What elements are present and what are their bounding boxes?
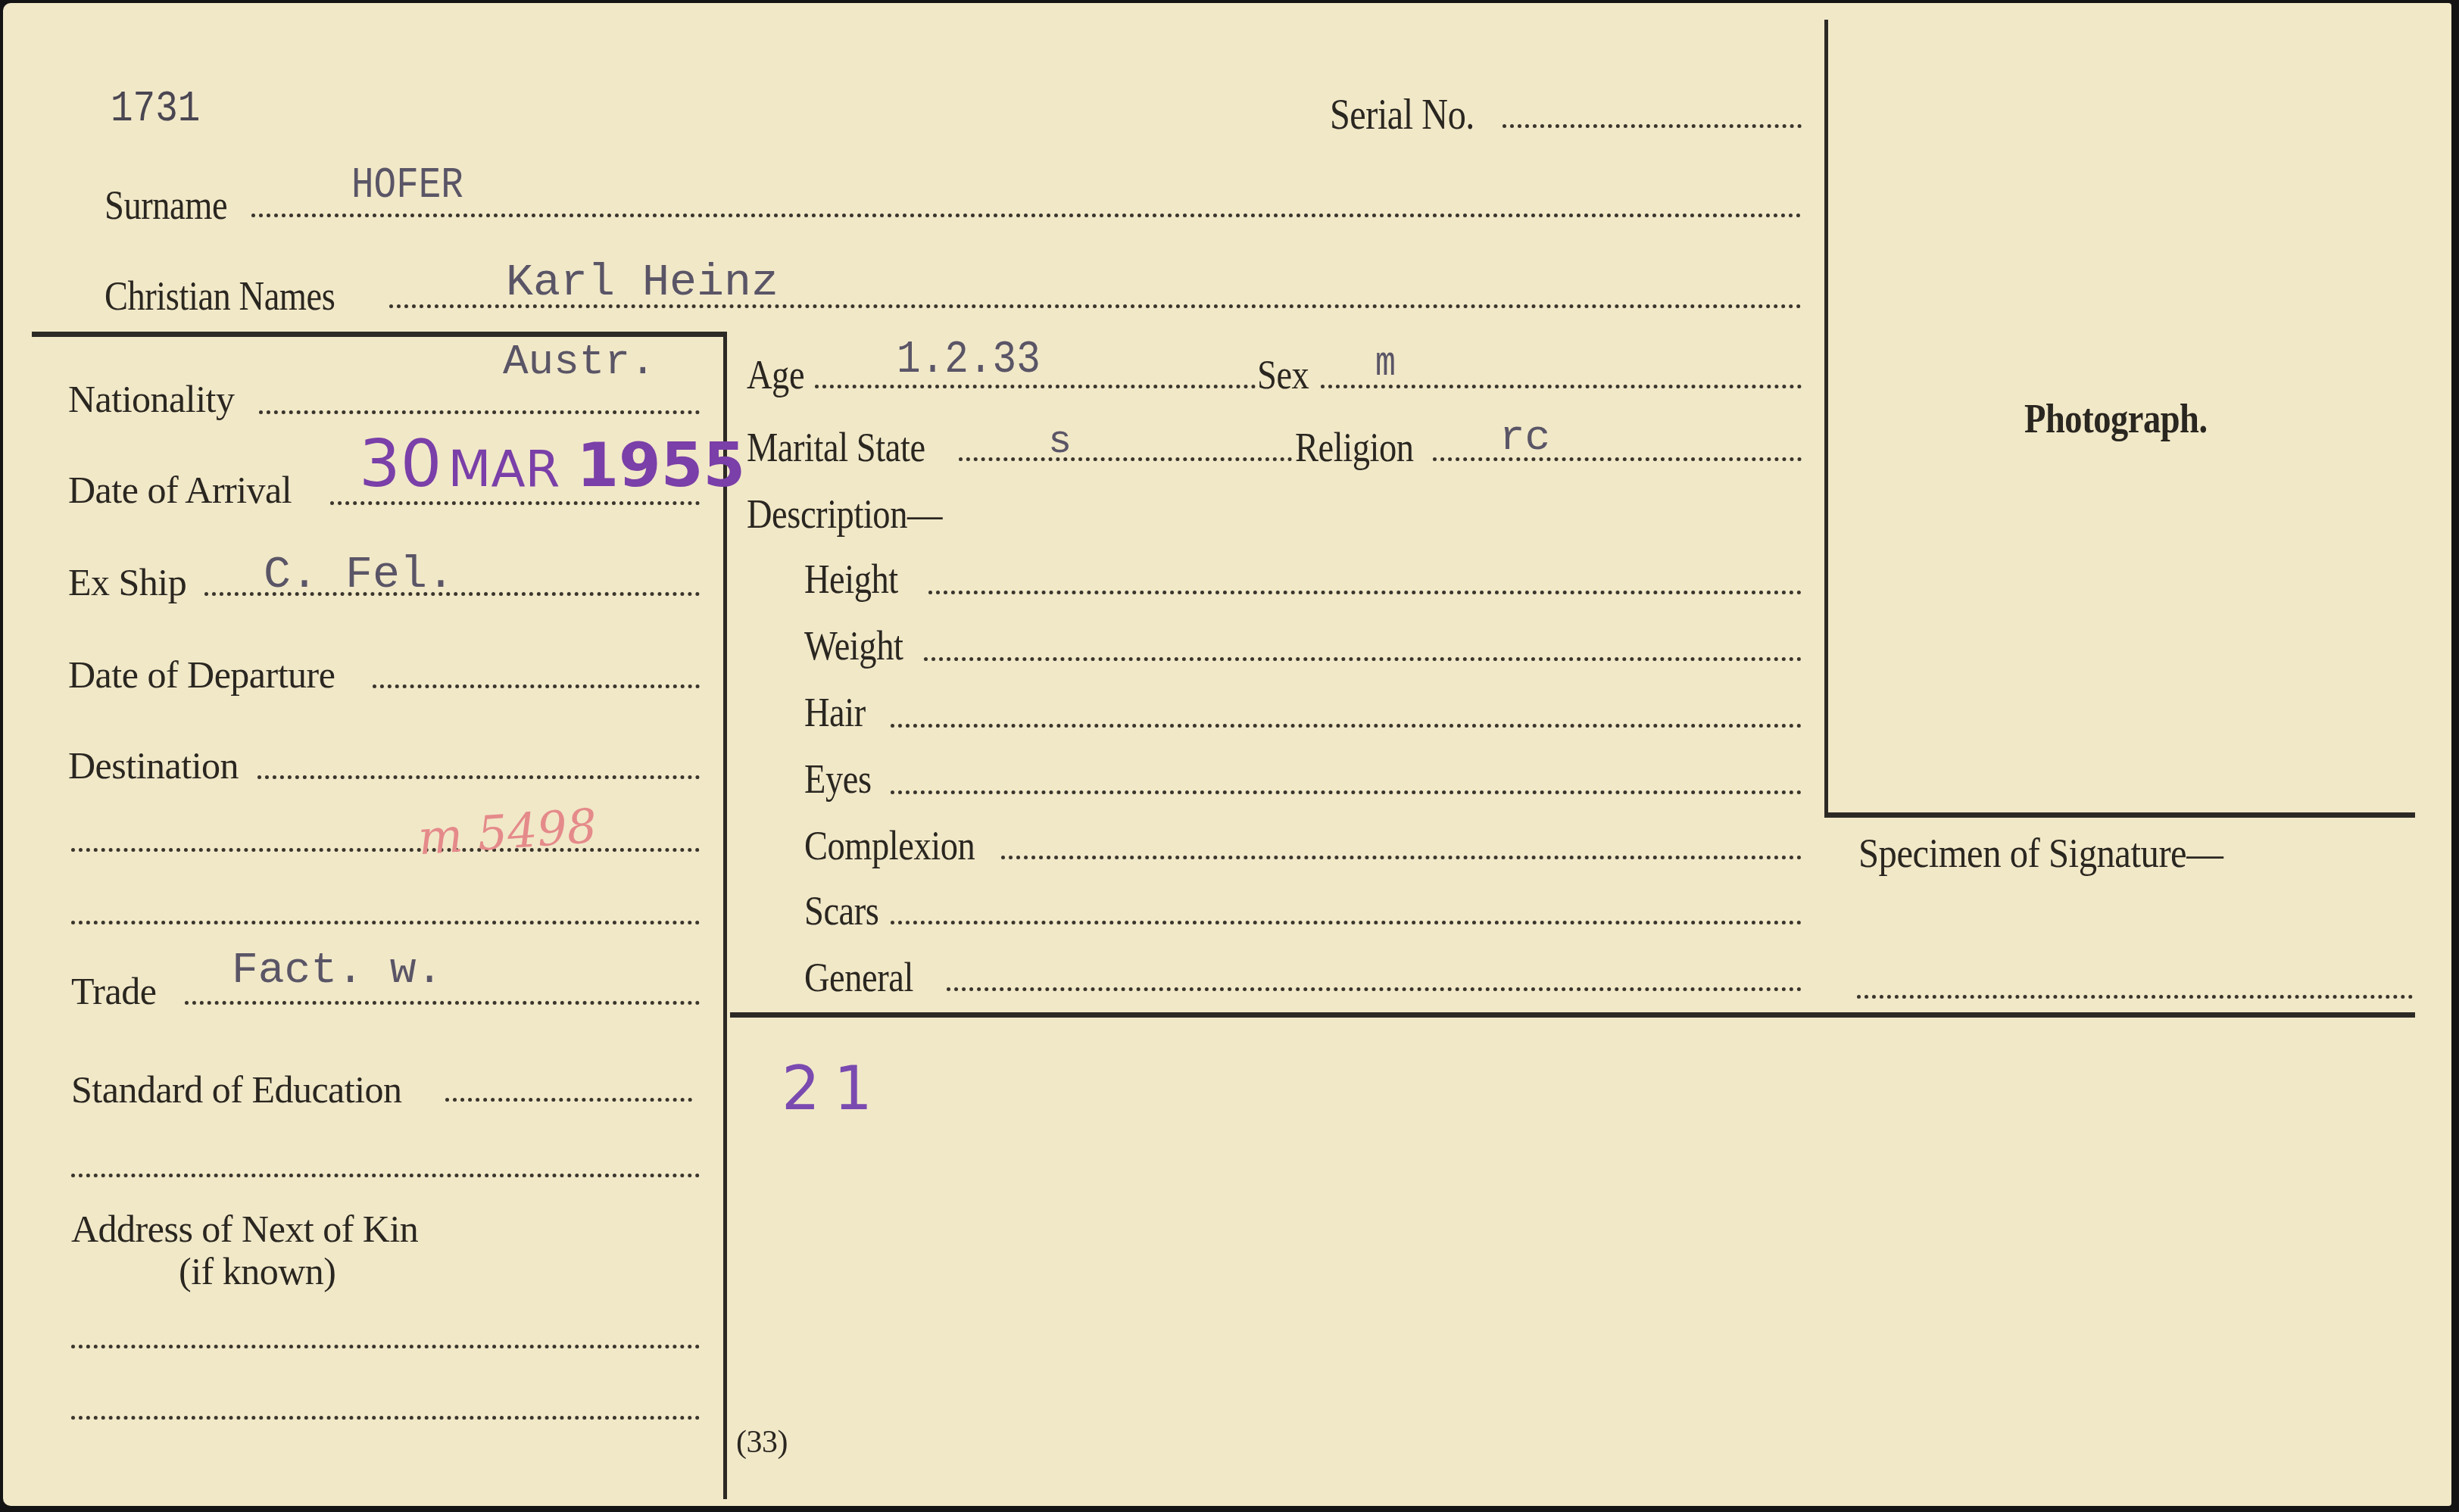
general-field[interactable] xyxy=(947,987,1802,991)
description-label: Description— xyxy=(747,494,942,535)
standard-of-education-field[interactable] xyxy=(445,1098,692,1102)
arrival-year: 1955 xyxy=(576,430,745,500)
weight-label: Weight xyxy=(804,625,903,666)
destination-label: Destination xyxy=(68,747,239,784)
standard-of-education-label: Standard of Education xyxy=(71,1071,402,1108)
divider-left-column xyxy=(723,332,727,1499)
age-label: Age xyxy=(747,354,804,395)
christian-names-label: Christian Names xyxy=(105,276,335,316)
record-number: 1731 xyxy=(111,88,200,132)
nationality-value: Austr. xyxy=(503,341,656,383)
surname-label: Surname xyxy=(105,185,227,226)
age-value: 1.2.33 xyxy=(897,336,1041,383)
ex-ship-label: Ex Ship xyxy=(68,563,186,601)
trade-field[interactable] xyxy=(185,1001,700,1005)
serial-no-field[interactable] xyxy=(1503,124,1802,128)
trade-label: Trade xyxy=(71,972,156,1010)
marital-state-field[interactable] xyxy=(959,457,1292,461)
weight-field[interactable] xyxy=(924,657,1802,661)
scars-label: Scars xyxy=(804,890,878,931)
date-of-departure-field[interactable] xyxy=(373,684,700,688)
photograph-area: Photograph. xyxy=(1827,20,2418,815)
signature-area[interactable]: Specimen of Signature— xyxy=(1830,821,2419,1014)
standard-of-education-field-line-2[interactable] xyxy=(71,1174,700,1177)
ex-ship-value: C. Fel. xyxy=(264,553,454,598)
religion-label: Religion xyxy=(1295,427,1414,468)
date-of-arrival-label: Date of Arrival xyxy=(68,471,292,509)
destination-field-line-3[interactable] xyxy=(71,921,700,924)
registration-card: 1731 Serial No. Surname HOFER Christian … xyxy=(3,3,2451,1506)
general-label: General xyxy=(804,957,913,998)
eyes-field[interactable] xyxy=(891,790,1802,794)
destination-annotation: m 5498 xyxy=(417,803,598,862)
date-of-departure-label: Date of Departure xyxy=(68,656,335,694)
nationality-label: Nationality xyxy=(68,380,234,418)
stamp-number: 21 xyxy=(782,1058,886,1119)
trade-value: Fact. w. xyxy=(232,949,442,993)
date-of-arrival-field[interactable] xyxy=(330,501,700,505)
destination-field-line-2[interactable] xyxy=(71,848,700,852)
destination-field[interactable] xyxy=(257,775,700,779)
marital-state-value: s xyxy=(1048,422,1072,462)
next-of-kin-sublabel: (if known) xyxy=(179,1252,335,1290)
next-of-kin-field[interactable] xyxy=(71,1345,700,1348)
complexion-field[interactable] xyxy=(1001,856,1802,859)
divider-left-top xyxy=(32,332,727,337)
next-of-kin-field-line-2[interactable] xyxy=(71,1416,700,1420)
photograph-label: Photograph. xyxy=(2024,398,2208,439)
surname-value: HOFER xyxy=(351,164,463,208)
christian-names-value: Karl Heinz xyxy=(506,260,779,306)
next-of-kin-label: Address of Next of Kin xyxy=(71,1210,418,1248)
hair-label: Hair xyxy=(804,692,866,733)
surname-field[interactable] xyxy=(251,214,1802,217)
signature-field[interactable] xyxy=(1857,995,2413,999)
arrival-month: MAR xyxy=(448,440,560,498)
sex-label: Sex xyxy=(1257,354,1309,395)
arrival-day: 30 xyxy=(359,426,442,502)
scars-field[interactable] xyxy=(891,921,1802,924)
arrival-date-stamp: 30MAR1955 xyxy=(359,432,745,497)
form-number: (33) xyxy=(736,1426,788,1458)
complexion-label: Complexion xyxy=(804,825,975,866)
nationality-field[interactable] xyxy=(259,410,700,414)
religion-field[interactable] xyxy=(1433,457,1802,461)
religion-value: rc xyxy=(1499,416,1550,459)
sex-value: m xyxy=(1375,342,1396,385)
height-label: Height xyxy=(804,559,898,600)
serial-no-label: Serial No. xyxy=(1330,94,1474,136)
height-field[interactable] xyxy=(928,591,1802,594)
eyes-label: Eyes xyxy=(804,759,872,800)
marital-state-label: Marital State xyxy=(747,427,925,468)
hair-field[interactable] xyxy=(891,724,1802,728)
signature-label: Specimen of Signature— xyxy=(1858,833,2223,874)
